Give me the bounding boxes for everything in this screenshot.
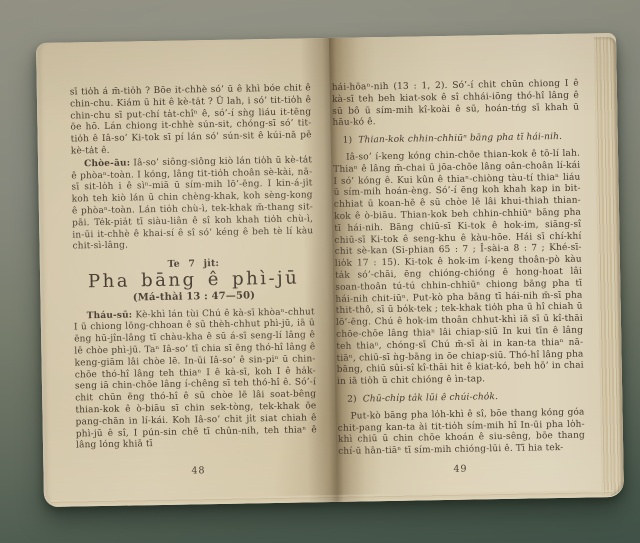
right-page-number: 49 <box>410 463 510 476</box>
chapter-title: Pha bāng ê phì-jū <box>73 272 314 288</box>
open-book: sī tio̍h á m̄-tio̍h ? Bōe it-chhè só’ ū … <box>36 33 624 507</box>
heading-text: Thian-kok chhin-chhiūⁿ bāng pha tī hái-n… <box>358 132 562 146</box>
right-page-text-column: hái-hōaⁿ-nih (13 : 1, 2). Só’-í chit chū… <box>332 79 586 460</box>
heading-text: Chū-chi̍p ta̍k lūi ê chúi-cho̍k. <box>363 392 498 404</box>
paragraph-text: Kè-khì lán tùi Chú ê kà-sī khòaⁿ-chhut I… <box>74 307 317 451</box>
left-page-text-column: sī tio̍h á m̄-tio̍h ? Bōe it-chhè só’ ū … <box>70 83 317 453</box>
paragraph-continuation: hái-hōaⁿ-nih (13 : 1, 2). Só’-í chit chū… <box>332 79 580 130</box>
body-paragraph: Iâ-so’ í-keng kóng chin-chōe thian-kok ê… <box>333 149 584 389</box>
paragraph-continuation: sī tio̍h á m̄-tio̍h ? Bōe it-chhè só’ ū … <box>70 83 312 158</box>
numbered-heading-2: 2) Chū-chi̍p ta̍k lūi ê chúi-cho̍k. <box>337 391 584 407</box>
paragraph-lead: Tháu-sū: <box>87 310 133 321</box>
intro-paragraph: Tháu-sū: Kè-khì lán tùi Chú ê kà-sī khòa… <box>74 307 317 453</box>
body-paragraph: Put-kò bāng pha lo̍h-khì ê sî, bōe thang… <box>337 407 585 458</box>
paragraph-text: Iâ-so’ siông-siông kiò lán tio̍h ū kè-ta… <box>71 155 313 252</box>
numbered-heading-1: 1) Thian-kok chhin-chhiūⁿ bāng pha tī há… <box>333 132 580 148</box>
left-page-number: 48 <box>148 464 248 477</box>
heading-number: 2) <box>347 394 357 404</box>
paragraph-lead: Chòe-āu: <box>84 158 130 169</box>
heading-number: 1) <box>343 136 353 146</box>
closing-paragraph: Chòe-āu: Iâ-so’ siông-siông kiò lán tio̍… <box>71 155 314 254</box>
